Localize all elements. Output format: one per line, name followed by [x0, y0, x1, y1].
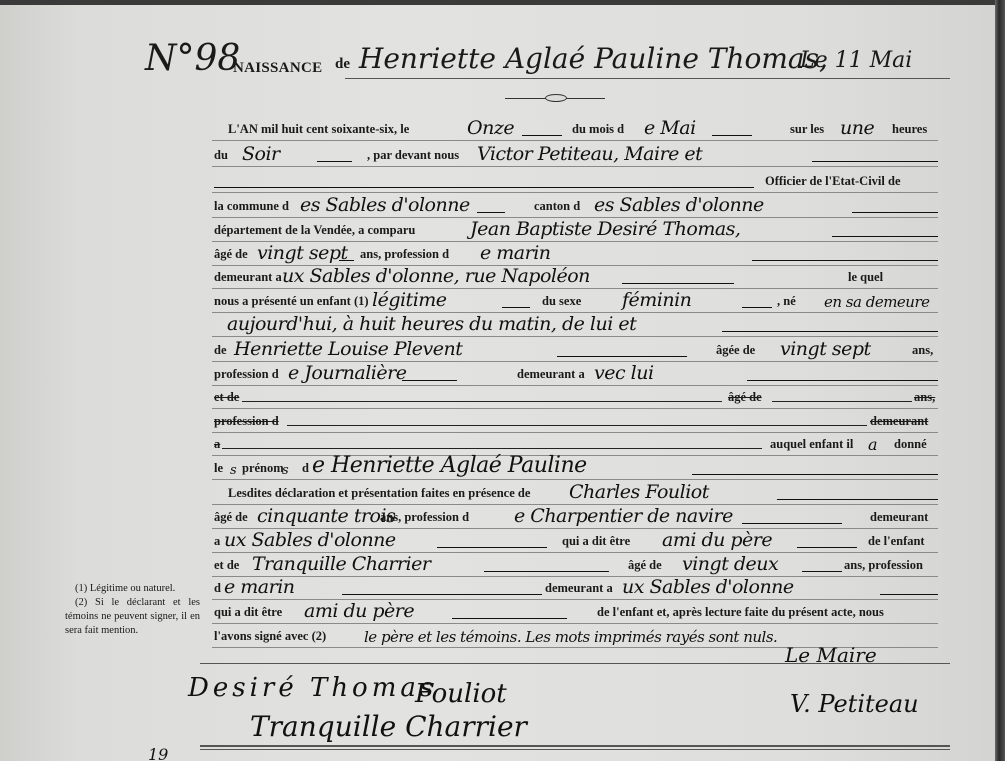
line-12-struck: et de âgé de ans,: [212, 384, 938, 409]
father-signature: Desiré Thomas: [188, 673, 437, 703]
child-name-heading: de Henriette Aglaé Pauline Thomas,: [335, 42, 828, 75]
certificate-date: Le 11 Mai: [800, 48, 912, 73]
certificate-header: N°98 NAISSANCE de Henriette Aglaé Paulin…: [145, 38, 945, 88]
scan-binding-edge: [995, 0, 1005, 761]
line-2: du Soir , par devant nous Victor Petitea…: [212, 142, 938, 167]
line-4: la commune d es Sables d'olonne canton d…: [212, 193, 938, 218]
witness1-signature: Fouliot: [415, 679, 507, 709]
line-11: profession d e Journalière demeurant a v…: [212, 361, 938, 386]
line-19: et de Tranquille Charrier âgé de vingt d…: [212, 552, 938, 577]
mayor-signature: V. Petiteau: [790, 690, 919, 718]
header-rule: [345, 78, 950, 79]
line-8: nous a présenté un enfant (1) légitime d…: [212, 288, 938, 313]
line-15: le s prénom s d e Henriette Aglaé Paulin…: [212, 455, 938, 480]
line-7: demeurant a ux Sables d'olonne, rue Napo…: [212, 264, 938, 289]
line-18: a ux Sables d'olonne qui a dit être ami …: [212, 528, 938, 553]
certificate-number: N°98: [145, 38, 240, 79]
line-13-struck: profession d demeurant: [212, 408, 938, 433]
next-entry-number: 19: [148, 745, 168, 761]
line-16: Lesdites déclaration et présentation fai…: [212, 480, 938, 505]
line-9: aujourd'hui, à huit heures du matin, de …: [212, 312, 938, 337]
entry-separator-2: [200, 749, 950, 750]
line-5: département de la Vendée, a comparu Jean…: [212, 217, 938, 242]
entry-separator: [200, 745, 950, 747]
line-10: de Henriette Louise Plevent âgée de ving…: [212, 337, 938, 362]
footnote-2: (2) Si le déclarant et les témoins ne pe…: [65, 596, 200, 638]
line-20: d e marin demeurant a ux Sables d'olonne: [212, 575, 938, 600]
signature-block: Le Maire Desiré Thomas Fouliot Tranquill…: [180, 665, 940, 750]
line-6: âgé de vingt sept ans, profession d e ma…: [212, 241, 938, 266]
certificate-type: NAISSANCE: [233, 60, 322, 77]
mayor-title: Le Maire: [785, 643, 877, 667]
scan-top-edge: [0, 0, 1005, 5]
line-17: âgé de cinquante trois ans, profession d…: [212, 504, 938, 529]
witness2-signature: Tranquille Charrier: [250, 710, 527, 743]
line-1: L'AN mil huit cent soixante-six, le Onze…: [212, 116, 938, 141]
ornament-flourish: [505, 94, 605, 102]
footnotes: (1) Légitime ou naturel. (2) Si le décla…: [65, 582, 200, 638]
line-3: Officier de l'Etat-Civil de: [212, 168, 938, 193]
line-21: qui a dit être ami du père de l'enfant e…: [212, 599, 938, 624]
footnote-1: (1) Légitime ou naturel.: [65, 582, 200, 596]
